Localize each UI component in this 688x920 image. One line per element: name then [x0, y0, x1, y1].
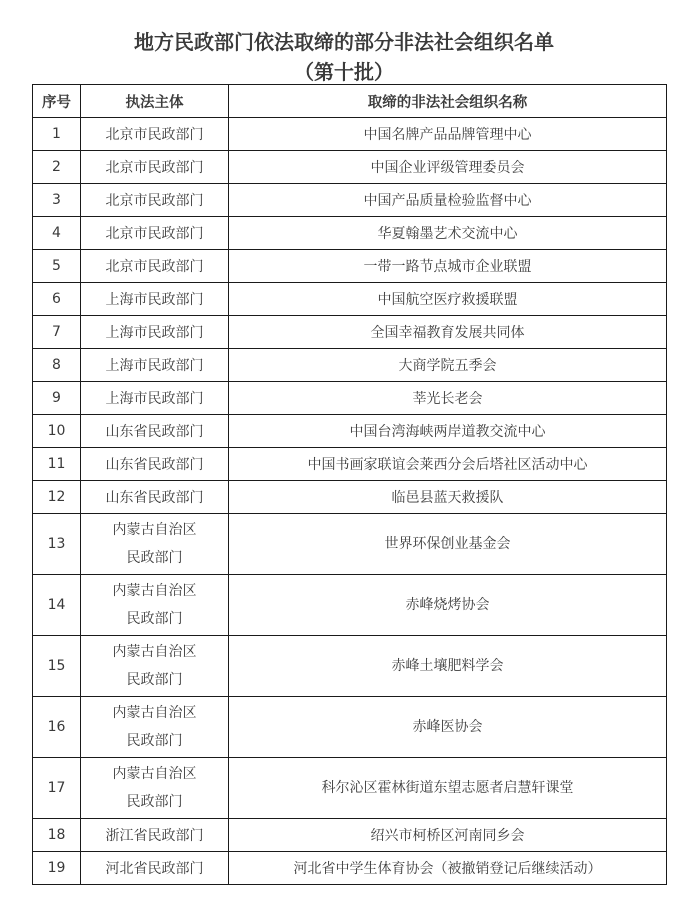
table-body: 1北京市民政部门中国名牌产品品牌管理中心2北京市民政部门中国企业评级管理委员会3…	[33, 118, 667, 885]
table-row: 12山东省民政部门临邑县蓝天救援队	[33, 481, 667, 514]
authority-line: 山东省民政部门	[81, 454, 228, 474]
table-row: 7上海市民政部门全国幸福教育发展共同体	[33, 316, 667, 349]
authority-line: 上海市民政部门	[81, 388, 228, 408]
table-row: 6上海市民政部门中国航空医疗救援联盟	[33, 283, 667, 316]
authority-line: 北京市民政部门	[81, 157, 228, 177]
authority-line: 北京市民政部门	[81, 256, 228, 276]
row-authority: 山东省民政部门	[81, 481, 229, 514]
row-number: 19	[33, 852, 81, 885]
authority-line: 民政部门	[81, 727, 228, 755]
authority-line: 山东省民政部门	[81, 421, 228, 441]
row-organization: 世界环保创业基金会	[229, 514, 667, 575]
row-organization: 大商学院五季会	[229, 349, 667, 382]
authority-line: 内蒙古自治区	[81, 577, 228, 605]
row-organization: 中国名牌产品品牌管理中心	[229, 118, 667, 151]
row-authority: 内蒙古自治区民政部门	[81, 575, 229, 636]
row-authority: 上海市民政部门	[81, 382, 229, 415]
row-authority: 北京市民政部门	[81, 250, 229, 283]
table-header-row: 序号 执法主体 取缔的非法社会组织名称	[33, 85, 667, 118]
row-organization: 中国台湾海峡两岸道教交流中心	[229, 415, 667, 448]
row-number: 3	[33, 184, 81, 217]
row-authority: 北京市民政部门	[81, 184, 229, 217]
table-row: 1北京市民政部门中国名牌产品品牌管理中心	[33, 118, 667, 151]
row-organization: 临邑县蓝天救援队	[229, 481, 667, 514]
row-organization: 中国企业评级管理委员会	[229, 151, 667, 184]
authority-line: 民政部门	[81, 666, 228, 694]
row-organization: 赤峰医协会	[229, 697, 667, 758]
row-organization: 河北省中学生体育协会（被撤销登记后继续活动）	[229, 852, 667, 885]
authority-line: 北京市民政部门	[81, 223, 228, 243]
row-organization: 中国航空医疗救援联盟	[229, 283, 667, 316]
authority-line: 河北省民政部门	[81, 858, 228, 878]
row-organization: 华夏翰墨艺术交流中心	[229, 217, 667, 250]
row-authority: 内蒙古自治区民政部门	[81, 758, 229, 819]
row-organization: 赤峰烧烤协会	[229, 575, 667, 636]
row-number: 11	[33, 448, 81, 481]
table-row: 15内蒙古自治区民政部门赤峰土壤肥料学会	[33, 636, 667, 697]
row-authority: 内蒙古自治区民政部门	[81, 697, 229, 758]
table-row: 17内蒙古自治区民政部门科尔沁区霍林街道东望志愿者启慧轩课堂	[33, 758, 667, 819]
document-subtitle: （第十批）	[0, 56, 688, 85]
authority-line: 上海市民政部门	[81, 355, 228, 375]
authority-line: 山东省民政部门	[81, 487, 228, 507]
row-authority: 河北省民政部门	[81, 852, 229, 885]
table-row: 3北京市民政部门中国产品质量检验监督中心	[33, 184, 667, 217]
authority-line: 上海市民政部门	[81, 322, 228, 342]
row-organization: 一带一路节点城市企业联盟	[229, 250, 667, 283]
row-number: 2	[33, 151, 81, 184]
row-number: 6	[33, 283, 81, 316]
row-organization: 中国产品质量检验监督中心	[229, 184, 667, 217]
authority-line: 民政部门	[81, 544, 228, 572]
table-row: 10山东省民政部门中国台湾海峡两岸道教交流中心	[33, 415, 667, 448]
document-title: 地方民政部门依法取缔的部分非法社会组织名单	[0, 26, 688, 55]
authority-line: 内蒙古自治区	[81, 760, 228, 788]
row-authority: 北京市民政部门	[81, 151, 229, 184]
row-number: 1	[33, 118, 81, 151]
authority-line: 内蒙古自治区	[81, 516, 228, 544]
row-number: 15	[33, 636, 81, 697]
table-row: 5北京市民政部门一带一路节点城市企业联盟	[33, 250, 667, 283]
authority-line: 上海市民政部门	[81, 289, 228, 309]
organization-table: 序号 执法主体 取缔的非法社会组织名称 1北京市民政部门中国名牌产品品牌管理中心…	[32, 84, 667, 885]
row-number: 17	[33, 758, 81, 819]
row-number: 18	[33, 819, 81, 852]
row-number: 8	[33, 349, 81, 382]
table-row: 11山东省民政部门中国书画家联谊会莱西分会后塔社区活动中心	[33, 448, 667, 481]
table-row: 19河北省民政部门河北省中学生体育协会（被撤销登记后继续活动）	[33, 852, 667, 885]
header-number: 序号	[33, 85, 81, 118]
authority-line: 内蒙古自治区	[81, 638, 228, 666]
row-number: 9	[33, 382, 81, 415]
header-organization: 取缔的非法社会组织名称	[229, 85, 667, 118]
table-row: 8上海市民政部门大商学院五季会	[33, 349, 667, 382]
row-organization: 科尔沁区霍林街道东望志愿者启慧轩课堂	[229, 758, 667, 819]
authority-line: 民政部门	[81, 788, 228, 816]
row-authority: 上海市民政部门	[81, 316, 229, 349]
table-row: 9上海市民政部门莘光长老会	[33, 382, 667, 415]
row-authority: 北京市民政部门	[81, 217, 229, 250]
row-number: 10	[33, 415, 81, 448]
row-authority: 上海市民政部门	[81, 349, 229, 382]
row-authority: 内蒙古自治区民政部门	[81, 636, 229, 697]
row-number: 7	[33, 316, 81, 349]
row-organization: 赤峰土壤肥料学会	[229, 636, 667, 697]
authority-line: 浙江省民政部门	[81, 825, 228, 845]
row-organization: 绍兴市柯桥区河南同乡会	[229, 819, 667, 852]
row-number: 4	[33, 217, 81, 250]
authority-line: 北京市民政部门	[81, 124, 228, 144]
table-row: 4北京市民政部门华夏翰墨艺术交流中心	[33, 217, 667, 250]
row-authority: 北京市民政部门	[81, 118, 229, 151]
row-number: 5	[33, 250, 81, 283]
row-organization: 莘光长老会	[229, 382, 667, 415]
row-number: 13	[33, 514, 81, 575]
row-authority: 山东省民政部门	[81, 415, 229, 448]
row-authority: 上海市民政部门	[81, 283, 229, 316]
row-authority: 内蒙古自治区民政部门	[81, 514, 229, 575]
authority-line: 北京市民政部门	[81, 190, 228, 210]
table-row: 18浙江省民政部门绍兴市柯桥区河南同乡会	[33, 819, 667, 852]
row-number: 12	[33, 481, 81, 514]
authority-line: 民政部门	[81, 605, 228, 633]
row-authority: 浙江省民政部门	[81, 819, 229, 852]
table-row: 13内蒙古自治区民政部门世界环保创业基金会	[33, 514, 667, 575]
row-organization: 中国书画家联谊会莱西分会后塔社区活动中心	[229, 448, 667, 481]
row-number: 14	[33, 575, 81, 636]
authority-line: 内蒙古自治区	[81, 699, 228, 727]
row-number: 16	[33, 697, 81, 758]
table-row: 16内蒙古自治区民政部门赤峰医协会	[33, 697, 667, 758]
header-authority: 执法主体	[81, 85, 229, 118]
table-row: 14内蒙古自治区民政部门赤峰烧烤协会	[33, 575, 667, 636]
row-authority: 山东省民政部门	[81, 448, 229, 481]
row-organization: 全国幸福教育发展共同体	[229, 316, 667, 349]
table-row: 2北京市民政部门中国企业评级管理委员会	[33, 151, 667, 184]
